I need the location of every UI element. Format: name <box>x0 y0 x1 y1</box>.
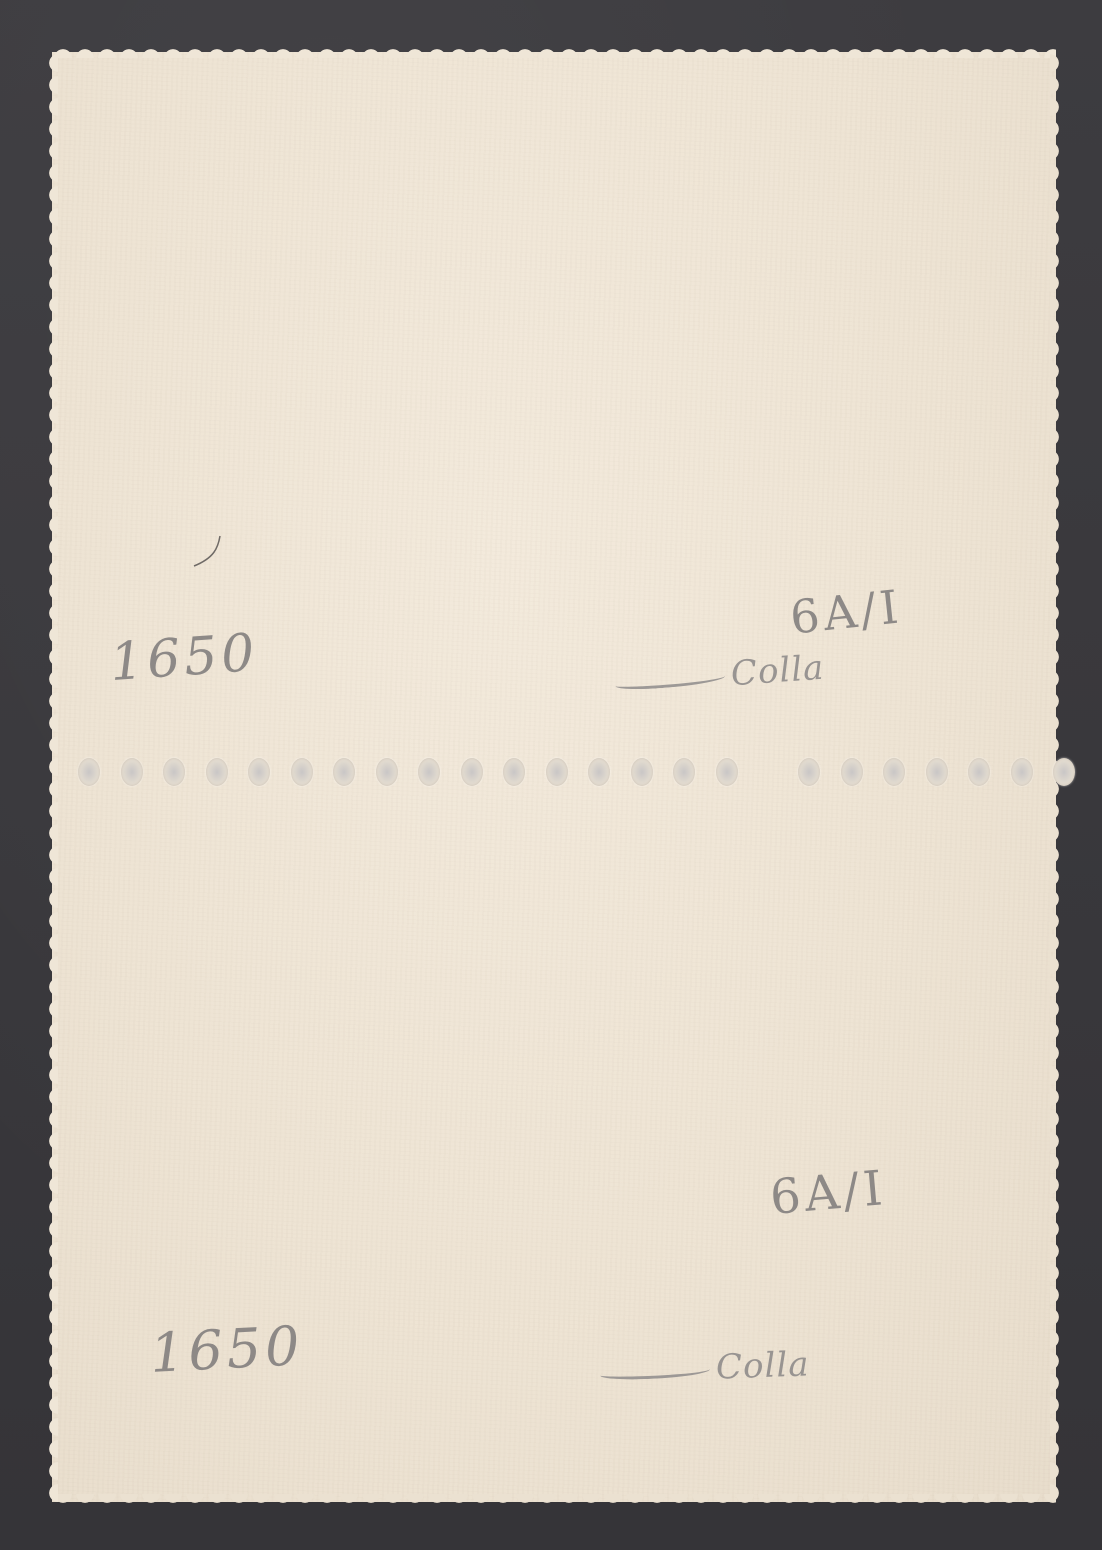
lower-catalog-note: 6A/I <box>768 1160 889 1226</box>
upper-price-note: 1650 <box>108 623 260 693</box>
perforation-hole <box>121 758 143 786</box>
perforation-hole <box>1053 758 1075 786</box>
perforation-hole <box>841 758 863 786</box>
perforation-hole <box>883 758 905 786</box>
signature-text: Colla <box>715 1344 810 1387</box>
perforation-hole <box>716 758 738 786</box>
perforated-edge-left <box>40 52 58 1502</box>
perforation-hole <box>248 758 270 786</box>
paper-fiber <box>190 534 226 570</box>
perforation-hole <box>926 758 948 786</box>
perforation-hole <box>163 758 185 786</box>
perforation-hole <box>673 758 695 786</box>
perforation-hole <box>968 758 990 786</box>
perforation-hole <box>546 758 568 786</box>
perforated-edge-bottom <box>52 1494 1056 1512</box>
perforation-hole <box>418 758 440 786</box>
perforation-row <box>70 752 1070 792</box>
perforation-hole <box>461 758 483 786</box>
perforation-hole <box>291 758 313 786</box>
perforated-edge-top <box>52 40 1056 58</box>
signature-flourish <box>600 1363 710 1380</box>
perforation-hole <box>1011 758 1033 786</box>
perforation-hole <box>206 758 228 786</box>
lower-price-note: 1650 <box>148 1314 305 1385</box>
perforation-hole <box>631 758 653 786</box>
perforation-hole <box>588 758 610 786</box>
signature-text: Colla <box>730 648 826 694</box>
perforation-hole <box>78 758 100 786</box>
perforation-hole <box>798 758 820 786</box>
perforation-hole <box>376 758 398 786</box>
perforation-hole <box>333 758 355 786</box>
signature-flourish <box>615 670 726 691</box>
perforation-hole <box>503 758 525 786</box>
lower-expert-signature: Colla <box>599 1344 810 1391</box>
